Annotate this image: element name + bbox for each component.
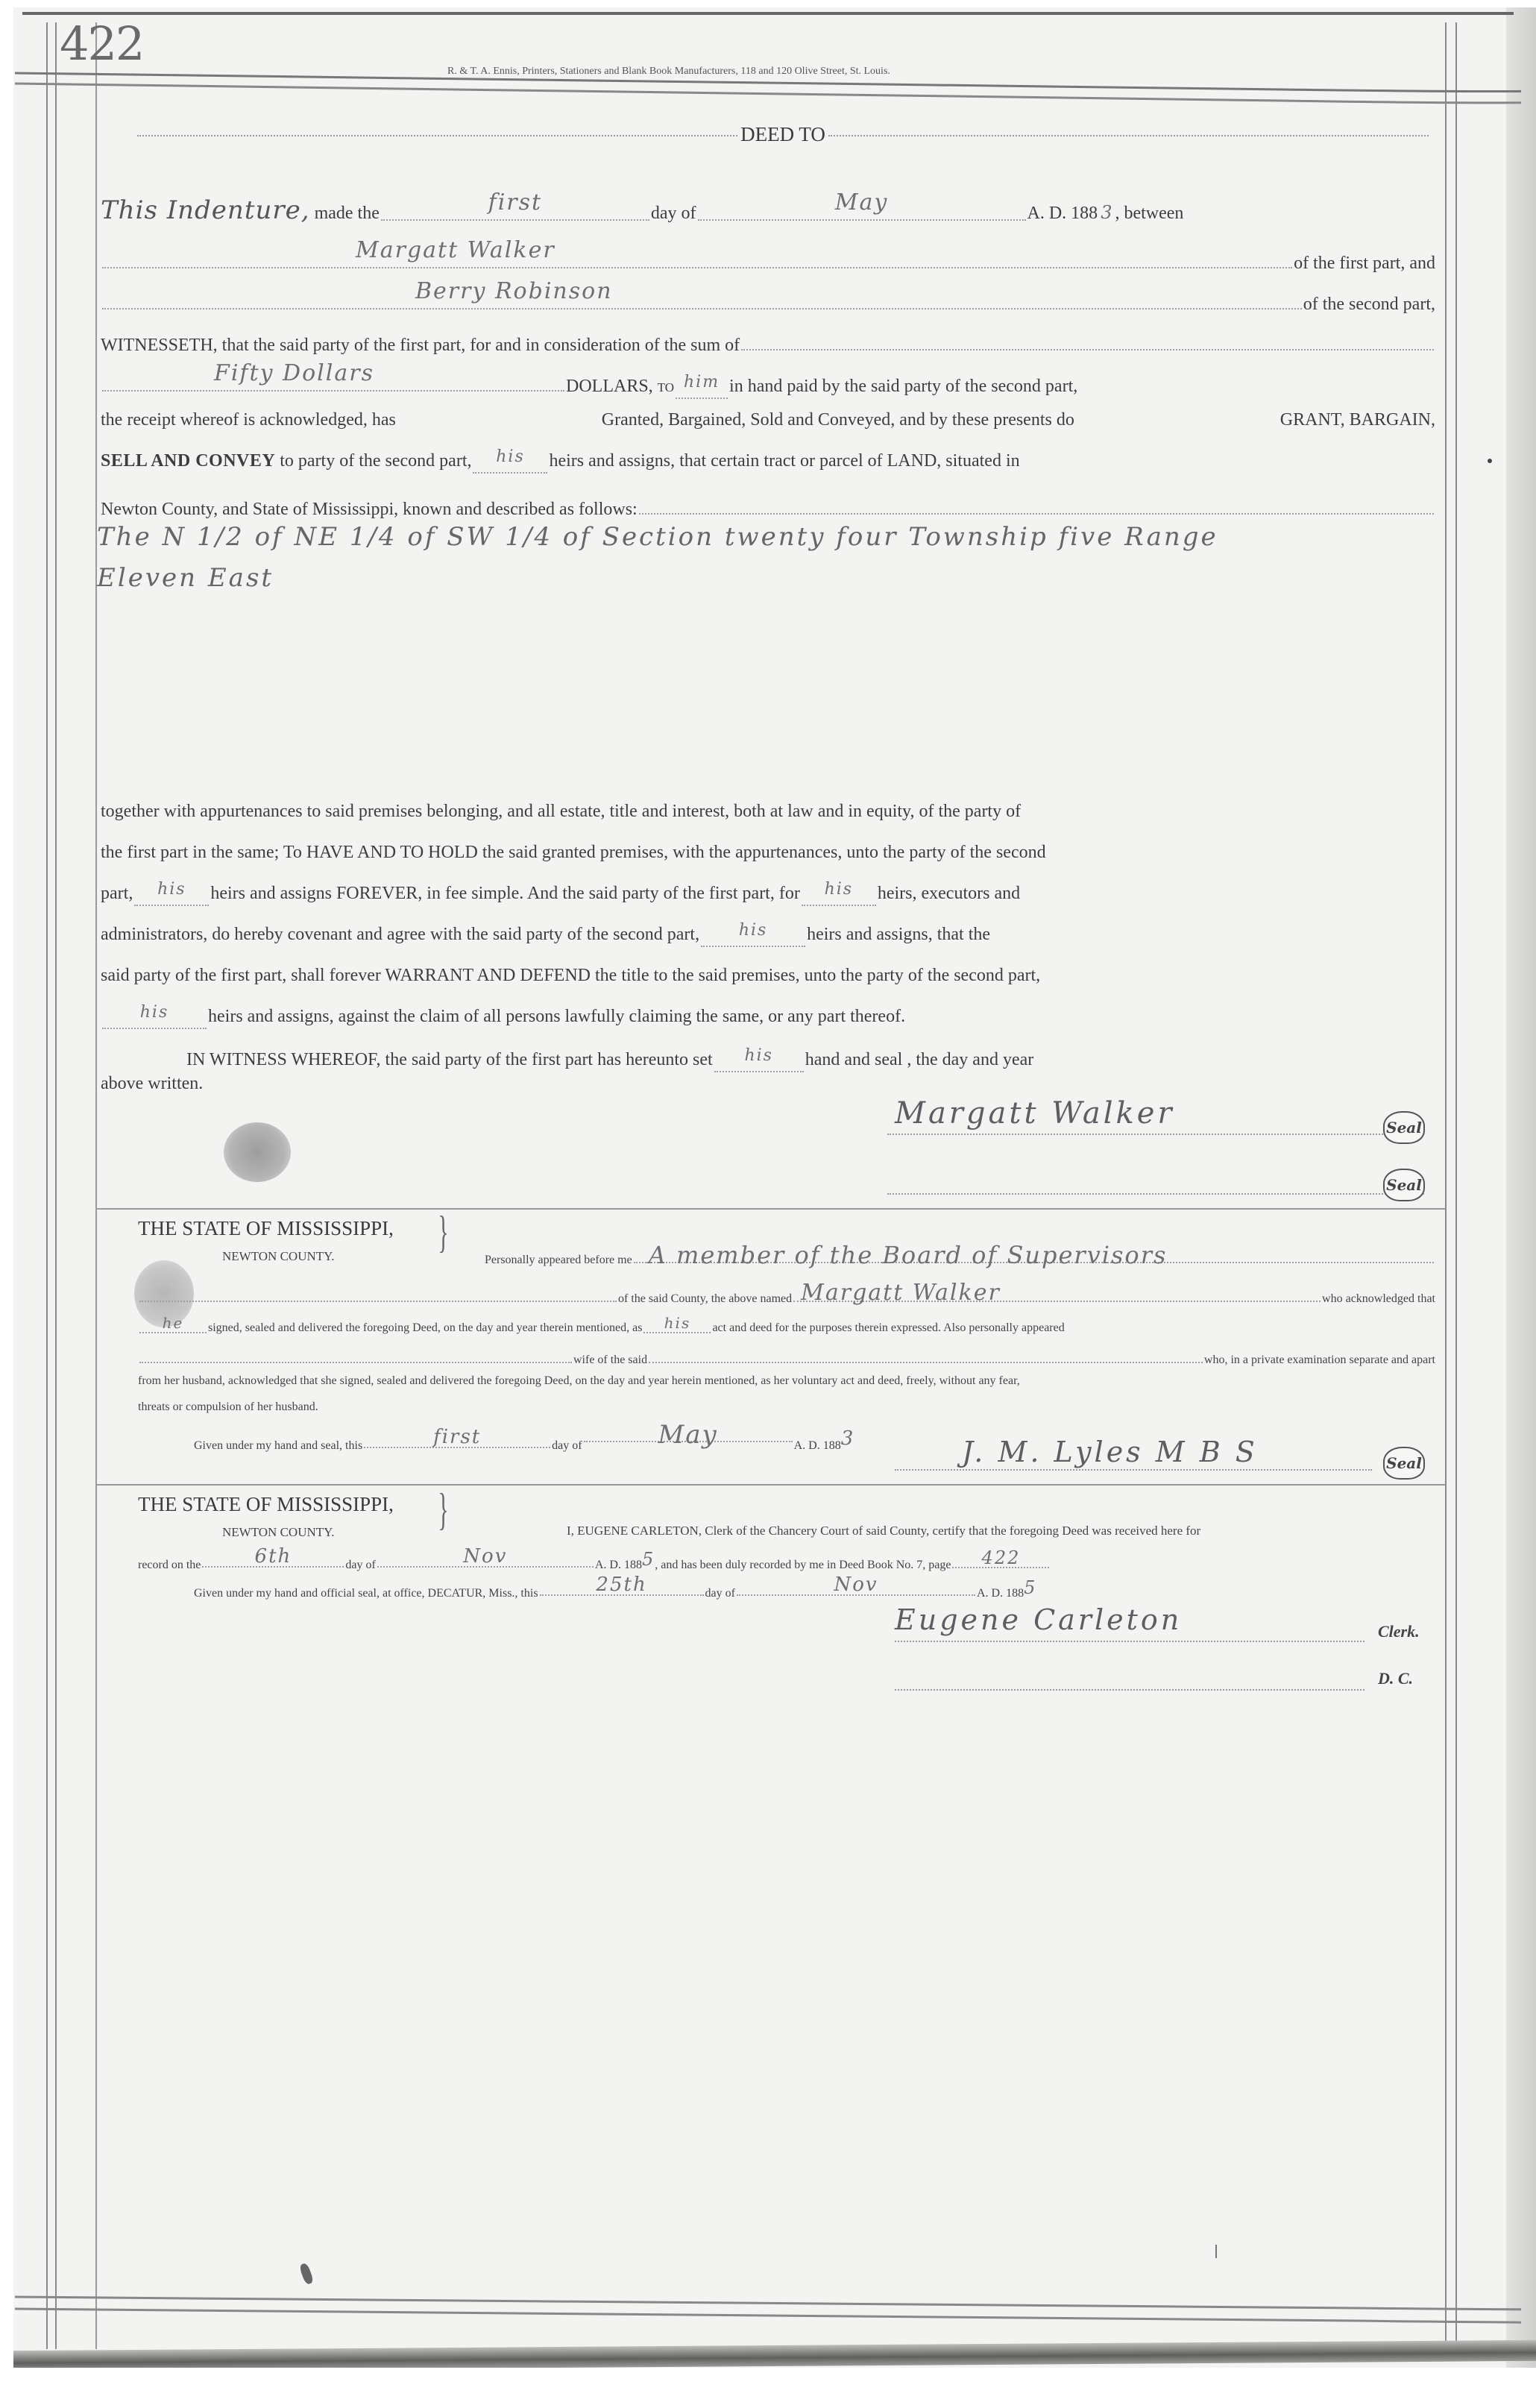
dollars-line: Fifty Dollars DOLLARS, to him in hand pa… [101, 369, 1435, 399]
sell-his-field[interactable]: his [473, 451, 547, 474]
receipt-text-b: Granted, Bargained, Sold and Conveyed, a… [602, 410, 1074, 430]
husband-line: from her husband, acknowledged that she … [138, 1374, 1020, 1388]
ack-day-of-label: day of [552, 1439, 582, 1453]
left-border-outer [46, 22, 48, 2349]
heirs-his-value: his [140, 1003, 169, 1022]
wife-line: wife of the said who, in a private exami… [138, 1347, 1435, 1367]
appeared-text: Personally appeared before me [485, 1254, 632, 1267]
printer-imprint: R. & T. A. Ennis, Printers, Stationers a… [447, 66, 890, 78]
together-text: together with appurtenances to said prem… [101, 802, 1021, 822]
cert-day-of-label: day of [705, 1587, 735, 1600]
deed-to-heading: DEED TO [134, 123, 1432, 146]
second-party-line: Berry Robinson of the second part, [101, 287, 1435, 315]
cert-day-field[interactable]: 25th [540, 1579, 704, 1596]
executors-text: heirs, executors and [878, 884, 1020, 904]
deputy-clerk-label: D. C. [1378, 1669, 1413, 1688]
right-border-inner [1445, 22, 1447, 2349]
ad-label: A. D. 188 [1027, 204, 1098, 224]
officer-value: A member of the Board of Supervisors [649, 1241, 1168, 1269]
top-edge-rule [22, 12, 1514, 15]
ack-month-value: May [658, 1420, 717, 1450]
ack-year-digit: 3 [841, 1427, 855, 1450]
signed-text: signed, sealed and delivered the foregoi… [208, 1321, 642, 1335]
page-edge-shadow [1506, 7, 1536, 2386]
clerk-signature-line [895, 1641, 1365, 1642]
heirs-his-field[interactable]: his [102, 1007, 207, 1029]
covenant-line: administrators, do hereby covenant and a… [101, 925, 1435, 947]
county-text: Newton County, and State of Mississippi,… [101, 500, 638, 520]
record-line: record on the 6th day of Nov A. D. 1885 … [138, 1551, 1301, 1573]
day-of-label: day of [651, 204, 696, 224]
cert-day-value: 25th [596, 1574, 646, 1596]
page-number: 422 [60, 16, 143, 71]
sell-text-c: heirs and assigns, that certain tract or… [549, 451, 1019, 471]
brace-icon: } [438, 1487, 448, 1532]
in-witness-text: IN WITNESS WHEREOF, the said party of th… [186, 1050, 713, 1070]
record-on-text: record on the [138, 1559, 201, 1572]
part-his-field[interactable]: his [134, 884, 209, 906]
warrant-text: said party of the first part, shall fore… [101, 966, 1040, 986]
indenture-line: This Indenture, made the first day of Ma… [101, 195, 1435, 225]
year-digit: 3 [1101, 202, 1112, 223]
assigns-text: heirs and assigns, that the [807, 925, 990, 945]
left-margin-rule [95, 22, 97, 2349]
of-county-text: of the said County, the above named [618, 1292, 792, 1306]
part-label: part, [101, 884, 133, 904]
pronoun-value: he [163, 1314, 184, 1332]
grantor-signature-line [887, 1134, 1424, 1135]
admin-his-field[interactable]: his [701, 925, 805, 947]
sell-text: to party of the second part, [280, 451, 471, 471]
deed-to-dotted-left [137, 135, 737, 136]
to-value: him [684, 373, 720, 392]
recorded-text: , and has been duly recorded by me in De… [655, 1559, 951, 1572]
appeared-line: Personally appeared before me A member o… [485, 1247, 1435, 1267]
first-part-same-line: the first part in the same; To HAVE AND … [101, 843, 1435, 863]
stray-tick [1215, 2245, 1217, 2258]
in-witness-line: IN WITNESS WHEREOF, the said party of th… [186, 1050, 1435, 1072]
ack-day-field[interactable]: first [364, 1432, 550, 1448]
heirs-text: heirs and assigns, against the claim of … [208, 1007, 905, 1027]
seal-icon: Seal [1383, 1111, 1425, 1144]
bottom-border-curve [15, 2282, 1521, 2334]
cert-state-title: THE STATE OF MISSISSIPPI, [138, 1493, 394, 1516]
first-party-field[interactable]: Margatt Walker [102, 246, 1292, 268]
brace-icon: } [438, 1210, 448, 1254]
warrant-line: said party of the first part, shall fore… [101, 966, 1435, 986]
wife-text: wife of the said [573, 1354, 647, 1367]
sell-convey-label: SELL AND CONVEY [101, 451, 275, 471]
month-field[interactable]: May [698, 198, 1026, 221]
ack-month-field[interactable]: May [584, 1426, 793, 1442]
month-value: May [835, 189, 889, 216]
receipt-text-a: the receipt whereof is acknowledged, has [101, 410, 396, 430]
record-year-digit: 5 [642, 1549, 655, 1570]
grantor-signature: Margatt Walker [895, 1096, 1175, 1131]
pronoun-field[interactable]: he [139, 1317, 207, 1333]
husband-name-field[interactable] [649, 1347, 1203, 1363]
of-county-line: of the said County, the above named Marg… [138, 1286, 1435, 1306]
sell-line: SELL AND CONVEY to party of the second p… [101, 451, 1435, 474]
witnesseth-line: WITNESSETH, that the said party of the f… [101, 328, 1435, 356]
section-divider-2 [97, 1484, 1445, 1486]
act-field[interactable]: his [643, 1317, 711, 1333]
cert-given-text: Given under my hand and official seal, a… [194, 1587, 538, 1600]
cert-year-digit: 5 [1024, 1577, 1036, 1598]
ack-given-text: Given under my hand and seal, this [194, 1439, 362, 1453]
stray-dot [1488, 459, 1492, 463]
part-his2-field[interactable]: his [802, 884, 876, 906]
receipt-line: the receipt whereof is acknowledged, has… [101, 410, 1435, 430]
indenture-title: This Indenture, [101, 195, 310, 225]
second-party-field[interactable]: Berry Robinson [102, 287, 1302, 309]
heirs-line: his heirs and assigns, against the claim… [101, 1007, 1435, 1029]
cert-county: NEWTON COUNTY. [222, 1525, 334, 1540]
clerk-label: Clerk. [1378, 1622, 1420, 1641]
wife-name-field[interactable] [139, 1347, 572, 1363]
to-field[interactable]: him [676, 377, 728, 399]
record-ad-label: A. D. 188 [595, 1559, 642, 1572]
day-field[interactable]: first [381, 198, 649, 221]
section-divider-1 [97, 1208, 1445, 1210]
forever-line: part, his heirs and assigns FOREVER, in … [101, 884, 1435, 906]
admin-his-value: his [739, 921, 768, 940]
deed-to-label: DEED TO [740, 123, 825, 146]
day-value: first [488, 189, 543, 216]
made-the-label: made the [315, 204, 380, 224]
land-description-line1: The N 1/2 of NE 1/4 of SW 1/4 of Section… [97, 522, 1218, 552]
hand-paid-text: in hand paid by the said party of the se… [729, 377, 1077, 397]
private-exam-text: who, in a private examination separate a… [1204, 1354, 1435, 1367]
of-county-field[interactable] [139, 1286, 617, 1302]
seal-icon: Seal [1383, 1447, 1425, 1480]
record-month-value: Nov [463, 1545, 507, 1568]
right-border-outer [1455, 22, 1457, 2349]
sum-field[interactable]: Fifty Dollars [102, 369, 564, 392]
receipt-text-c: GRANT, BARGAIN, [1280, 410, 1435, 430]
officer-signature-line [895, 1469, 1372, 1471]
threats-line: threats or compulsion of her husband. [138, 1401, 318, 1414]
page-value: 422 [982, 1547, 1021, 1568]
signed-line: he signed, sealed and delivered the fore… [138, 1317, 1435, 1335]
act-text: act and deed for the purposes therein ex… [712, 1321, 1064, 1335]
forever-text: heirs and assigns FOREVER, in fee simple… [210, 884, 800, 904]
page-field[interactable]: 422 [952, 1552, 1049, 1568]
sum-value: Fifty Dollars [214, 360, 374, 386]
scan-bed-margin [0, 2368, 1536, 2408]
second-party-suffix: of the second part, [1303, 295, 1435, 315]
part-his-value: his [157, 880, 186, 899]
ack-state-title: THE STATE OF MISSISSIPPI, [138, 1217, 394, 1240]
second-party-value: Berry Robinson [415, 278, 613, 304]
witnesseth-text: WITNESSETH, that the said party of the f… [101, 336, 740, 356]
record-day-of-label: day of [345, 1559, 375, 1572]
between-label: , between [1115, 204, 1183, 224]
cert-month-field[interactable]: Nov [737, 1579, 975, 1596]
cert-month-value: Nov [834, 1574, 878, 1596]
officer-signature: J. M. Lyles M B S [962, 1436, 1258, 1468]
sell-his-value: his [496, 447, 525, 466]
act-value: his [664, 1314, 691, 1332]
cert-ad-label: A. D. 188 [977, 1587, 1024, 1600]
county-line: Newton County, and State of Mississippi,… [101, 492, 1435, 520]
first-party-value: Margatt Walker [356, 237, 555, 263]
first-party-suffix: of the first part, and [1294, 254, 1435, 274]
who-ack-text: who acknowledged that [1322, 1292, 1435, 1306]
left-border-inner [55, 22, 57, 2349]
ack-day-value: first [433, 1426, 481, 1448]
record-day-field[interactable]: 6th [202, 1551, 344, 1568]
deed-to-dotted-right [828, 135, 1429, 136]
ack-given-line: Given under my hand and seal, this first… [194, 1426, 977, 1454]
witness-his-value: his [744, 1046, 773, 1065]
seal-icon: Seal [1383, 1169, 1425, 1201]
part-his2-value: his [825, 880, 854, 899]
first-party-line: Margatt Walker of the first part, and [101, 246, 1435, 274]
named-party-field[interactable]: Margatt Walker [793, 1286, 1321, 1302]
officer-field[interactable]: A member of the Board of Supervisors [634, 1247, 1434, 1263]
ack-ad-label: A. D. 188 [794, 1439, 841, 1453]
covenant-text: administrators, do hereby covenant and a… [101, 925, 699, 945]
land-description-line2: Eleven East [97, 563, 274, 593]
description-field-start[interactable] [639, 492, 1434, 515]
together-line: together with appurtenances to said prem… [101, 802, 1435, 822]
ack-county: NEWTON COUNTY. [222, 1249, 334, 1264]
hand-seal-text: hand and seal , the day and year [805, 1050, 1034, 1070]
above-written-text: above written. [101, 1074, 203, 1094]
have-hold-text: the first part in the same; To HAVE AND … [101, 843, 1046, 863]
wax-seal-blot [224, 1122, 291, 1182]
sum-field-end[interactable] [741, 328, 1434, 350]
named-party-value: Margatt Walker [801, 1280, 1001, 1306]
cert-given-line: Given under my hand and official seal, a… [194, 1579, 1275, 1601]
witness-his-field[interactable]: his [714, 1050, 804, 1072]
dollars-label: DOLLARS, to [566, 377, 674, 397]
record-month-field[interactable]: Nov [377, 1551, 594, 1568]
clerk-signature: Eugene Carleton [895, 1603, 1182, 1636]
clerk-cert-line: I, EUGENE CARLETON, Clerk of the Chancer… [567, 1524, 1200, 1538]
record-day-value: 6th [255, 1545, 292, 1568]
above-written-line: above written. [101, 1074, 1435, 1094]
second-signature-line[interactable] [887, 1193, 1424, 1195]
deputy-clerk-line[interactable] [895, 1689, 1365, 1691]
